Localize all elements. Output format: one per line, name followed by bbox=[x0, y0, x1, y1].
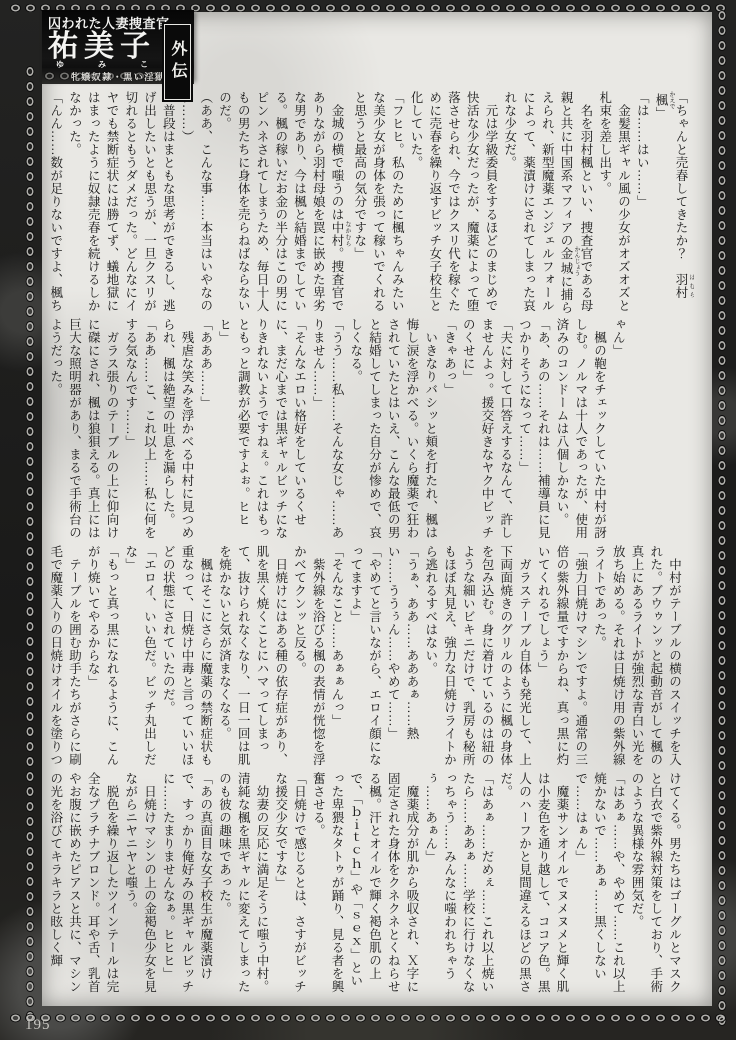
paragraph: ゃん」 bbox=[609, 318, 628, 542]
paragraph: 「はあぁ……だめぇ……これ以上焼いたら……ああぁ……学校に行けなくなっちゃう……… bbox=[421, 772, 496, 996]
paragraph: 「夫に対して口答えするなんて、許しませんよっ。援交好きなヤク中ビッチのくせに」 bbox=[459, 318, 515, 542]
paragraph: 「うぁ、ああ……あああぁ……熱い……ううぅん……やめて……」 bbox=[384, 545, 422, 769]
paragraph: 「もっと真っ黒になれるように、こんがり焼いてやるからな」 bbox=[84, 545, 122, 769]
paragraph: 元は学級委員をするほどのまじめで快活な少女だったが、魔薬によって堕落させられ、今… bbox=[406, 91, 500, 315]
page-header: 囚われた人妻捜査官 祐美子ゆみこ 牝嬢奴隷・黒い淫獄 外伝 bbox=[42, 12, 712, 88]
paragraph: 中村がテーブルの横のスイッチを入れた。ブウゥンッと起動音がして楓の真上にあるライ… bbox=[590, 545, 684, 769]
paragraph: 残虐な笑みを浮かべる中村に見つめられ、楓は絶望の吐息を漏らした。 bbox=[159, 318, 197, 542]
paragraph: 普段はまともな思考ができるし、逃げ出したいとも思うが、一旦クスリが切れるともうダ… bbox=[65, 91, 178, 315]
paragraph: 魔薬サンオイルでヌメヌメと輝く肌は小麦色を通り越して、ココア色。黒人のハーフかと… bbox=[496, 772, 571, 996]
paragraph: 「は……はい……」 bbox=[633, 91, 652, 315]
paragraph: 「そんなこと……あぁぁんっ」 bbox=[327, 545, 346, 769]
paragraph: 幼妻の反応に満足そうに嗤う中村。清純な楓を黒ギャルに変えてしまったのも彼の趣味で… bbox=[215, 772, 271, 996]
paragraph: 「そんなエロい格好をしているくせに、まだ心までは黒ギャルビッチになりきれないよう… bbox=[215, 318, 309, 542]
paragraph: 日焼けにはある種の依存症があり、肌を黒く焼くことにハマってしまって、抜けられなく… bbox=[215, 545, 290, 769]
text-tier-3: 中村がテーブルの横のスイッチを入れた。ブウゥンッと起動音がして楓の真上にあるライ… bbox=[46, 545, 684, 769]
page-number: 195 bbox=[25, 1017, 51, 1034]
chain-border-bottom-icon bbox=[8, 1010, 728, 1027]
paragraph: 「あああ……」 bbox=[196, 318, 215, 542]
paragraph: 「んん……数が足りないですよ、楓ち bbox=[46, 91, 65, 315]
paragraph: 「あ、あの……それは……補導員に見つかりそうになって……」 bbox=[515, 318, 553, 542]
paragraph: 脱色を繰り返したツインテールは完全なプラチナブロンド。耳や舌、乳首やお腹に嵌めた… bbox=[46, 772, 121, 996]
paragraph: テーブルを囲む助手たちがさらに刷毛で魔薬入りの日焼けオイルを塗りつ bbox=[46, 545, 84, 769]
paragraph: 「はあぁ……や、やめて……これ以上焼かないで……あぁ……黒くしないで……はぁん」 bbox=[571, 772, 627, 996]
paragraph: （ああ、こんな事……本当はいやなのに……） bbox=[177, 91, 215, 315]
paragraph: 「うう……私……そんな女じゃ……ありません……」 bbox=[309, 318, 347, 542]
text-tier-1: 「ちゃんと売春してきたか？ 羽村はむら楓かえで」「は……はい……」 金髪黒ギャル… bbox=[46, 91, 694, 315]
paragraph: 楓はそこにさらに魔薬の禁断症状も重なって、日焼け中毒と言っていいほどの状態にされ… bbox=[159, 545, 215, 769]
paragraph: 魔薬成分が肌から吸収され、Ｘ字に固定された身体をクネクネとくねらせる楓。汗とオイ… bbox=[309, 772, 422, 996]
paragraph: いきなりバシッと頬を打たれ、楓は悔し涙を浮かべる。いくら魔薬で狂わされていたとは… bbox=[346, 318, 440, 542]
paragraph: 「ああ……こ、これ以上……私に何をする気なんです……」 bbox=[121, 318, 159, 542]
paragraph: 金髪黒ギャル風の少女がオズオズと札束を差し出す。 bbox=[595, 91, 633, 315]
edition-badge: 外伝 bbox=[164, 24, 191, 100]
paragraph: 「きゃあっ」 bbox=[440, 318, 459, 542]
paragraph: 「フヒヒ。私のために楓ちゃんみたいな美少女が身体を張って稼いでくれると思うと最高… bbox=[350, 91, 406, 315]
text-tier-2: ゃん」 楓の鞄をチェックしていた中村が訝しむ。ノルマは十人であったが、使用済みの… bbox=[46, 318, 627, 542]
paragraph: 日焼けマシンの上の金褐色少女を見ながらニヤニヤと嗤う。 bbox=[121, 772, 159, 996]
paragraph: 紫外線を浴びる楓の表情が恍惚を浮かべてクンッと反る。 bbox=[290, 545, 328, 769]
paragraph: けてくる。男たちはゴーグルとマスクと白衣で紫外線対策をしており、手術のような異様… bbox=[627, 772, 683, 996]
paragraph: ガラス張りのテーブルの上に仰向けに磔にされ、楓は狼狽える。真上には巨大な照明器が… bbox=[46, 318, 121, 542]
chain-border-right-icon bbox=[714, 8, 731, 1026]
paragraph: 「やめてと言いながら、エロイ顔になってますよ」 bbox=[346, 545, 384, 769]
paragraph: 金城の横で嗤うのは中村なかむら。捜査官でありながら羽村母娘を罠に嵌めた卑劣な男で… bbox=[215, 91, 350, 315]
page-paper: 囚われた人妻捜査官 祐美子ゆみこ 牝嬢奴隷・黒い淫獄 外伝 「ちゃんと売春してき… bbox=[42, 12, 712, 1006]
chain-border-left-icon bbox=[22, 64, 39, 1024]
paragraph: 「あの真面目な女子校生が魔薬漬けで、すっかり俺好みの黒ギャルビッチに……たまりま… bbox=[159, 772, 215, 996]
paragraph: 楓の鞄をチェックしていた中村が訝しむ。ノルマは十人であったが、使用済みのコンドー… bbox=[552, 318, 608, 542]
subtitle: 牝嬢奴隷・黒い淫獄 bbox=[71, 70, 166, 83]
text-tier-4: けてくる。男たちはゴーグルとマスクと白衣で紫外線対策をしており、手術のような異様… bbox=[46, 772, 684, 996]
paragraph: 「強力日焼けマシンですよ。通常の三倍の紫外線量ですからね、真っ黒に灼いてくれるで… bbox=[534, 545, 590, 769]
paragraph: 「エロイ、いい色だ。ビッチ丸出しだな」 bbox=[121, 545, 159, 769]
paragraph: 「日焼けで感じるとは、さすがビッチな援交少女ですな」 bbox=[271, 772, 309, 996]
paragraph: 「ちゃんと売春してきたか？ 羽村はむら楓かえで」 bbox=[651, 91, 694, 315]
paragraph: 名を羽村楓といい、捜査官である母親と共に中国系マフィアの金城かんじょうに捕らえら… bbox=[500, 91, 595, 315]
paragraph: ガラステーブル自体も発光して、上下両面焼きのグリルのように楓の身体を包み込む。身… bbox=[421, 545, 534, 769]
